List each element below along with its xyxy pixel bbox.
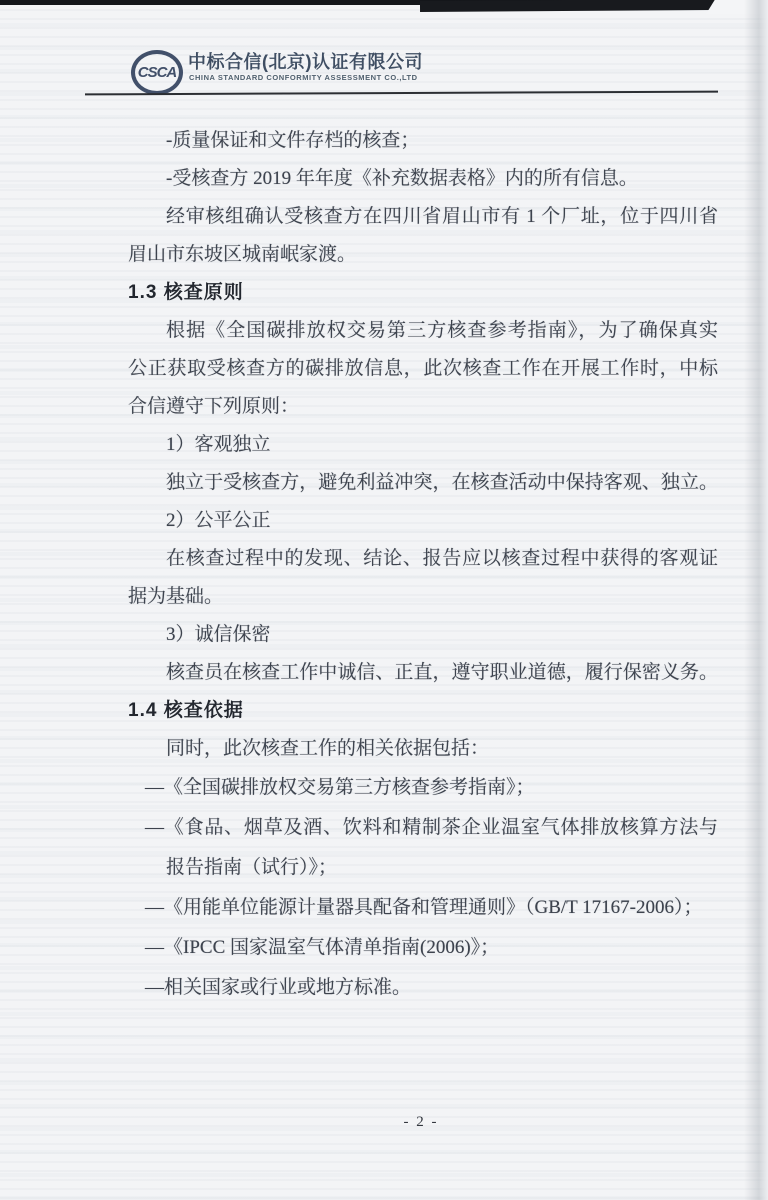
page-number: - 2 - [0, 1114, 768, 1138]
document-body: -质量保证和文件存档的核查；-受核查方 2019 年年度《补充数据表格》内的所有… [128, 122, 718, 1008]
text-line: 眉山市东坡区城南岷家渡。 [128, 236, 718, 274]
text-line: 同时，此次核查工作的相关依据包括： [128, 730, 718, 768]
section-heading: 1.4 核查依据 [128, 692, 718, 730]
text-line: 独立于受核查方，避免利益冲突，在核查活动中保持客观、独立。 [128, 464, 718, 502]
scan-right-edge-shadow [744, 0, 768, 1200]
text-line: 经审核组确认受核查方在四川省眉山市有 1 个厂址，位于四川省 [128, 198, 718, 236]
section-heading: 1.3 核查原则 [128, 274, 718, 312]
scanned-document-page: CSCA 中标合信(北京)认证有限公司 CHINA STANDARD CONFO… [0, 0, 768, 1200]
scan-top-edge-shadow [420, 0, 716, 12]
text-line: 2）公平公正 [128, 502, 718, 540]
company-name-english: CHINA STANDARD CONFORMITY ASSESSMENT CO.… [189, 73, 418, 82]
text-line: 1）客观独立 [128, 426, 718, 464]
text-line: -受核查方 2019 年年度《补充数据表格》内的所有信息。 [128, 160, 718, 198]
text-line: —《用能单位能源计量器具配备和管理通则》（GB/T 17167-2006）； [128, 888, 718, 928]
text-line: 报告指南（试行）》； [128, 848, 718, 888]
text-line: 核查员在核查工作中诚信、正直，遵守职业道德，履行保密义务。 [128, 654, 718, 692]
logo-acronym: CSCA [138, 64, 177, 81]
header-divider [85, 91, 718, 96]
csca-logo-icon: CSCA [131, 50, 183, 95]
text-line: —《IPCC 国家温室气体清单指南(2006)》； [128, 928, 718, 968]
text-line: —《食品、烟草及酒、饮料和精制茶企业温室气体排放核算方法与 [128, 808, 718, 848]
text-line: 据为基础。 [128, 578, 718, 616]
text-line: 公正获取受核查方的碳排放信息，此次核查工作在开展工作时，中标 [128, 350, 718, 388]
text-line: —相关国家或行业或地方标准。 [128, 968, 718, 1008]
text-line: -质量保证和文件存档的核查； [128, 122, 718, 160]
company-name-chinese: 中标合信(北京)认证有限公司 [188, 48, 423, 74]
text-line: —《全国碳排放权交易第三方核查参考指南》； [128, 768, 718, 808]
text-line: 根据《全国碳排放权交易第三方核查参考指南》，为了确保真实 [128, 312, 718, 350]
text-line: 3）诚信保密 [128, 616, 718, 654]
text-line: 合信遵守下列原则： [128, 388, 718, 426]
text-line: 在核查过程中的发现、结论、报告应以核查过程中获得的客观证 [128, 540, 718, 578]
